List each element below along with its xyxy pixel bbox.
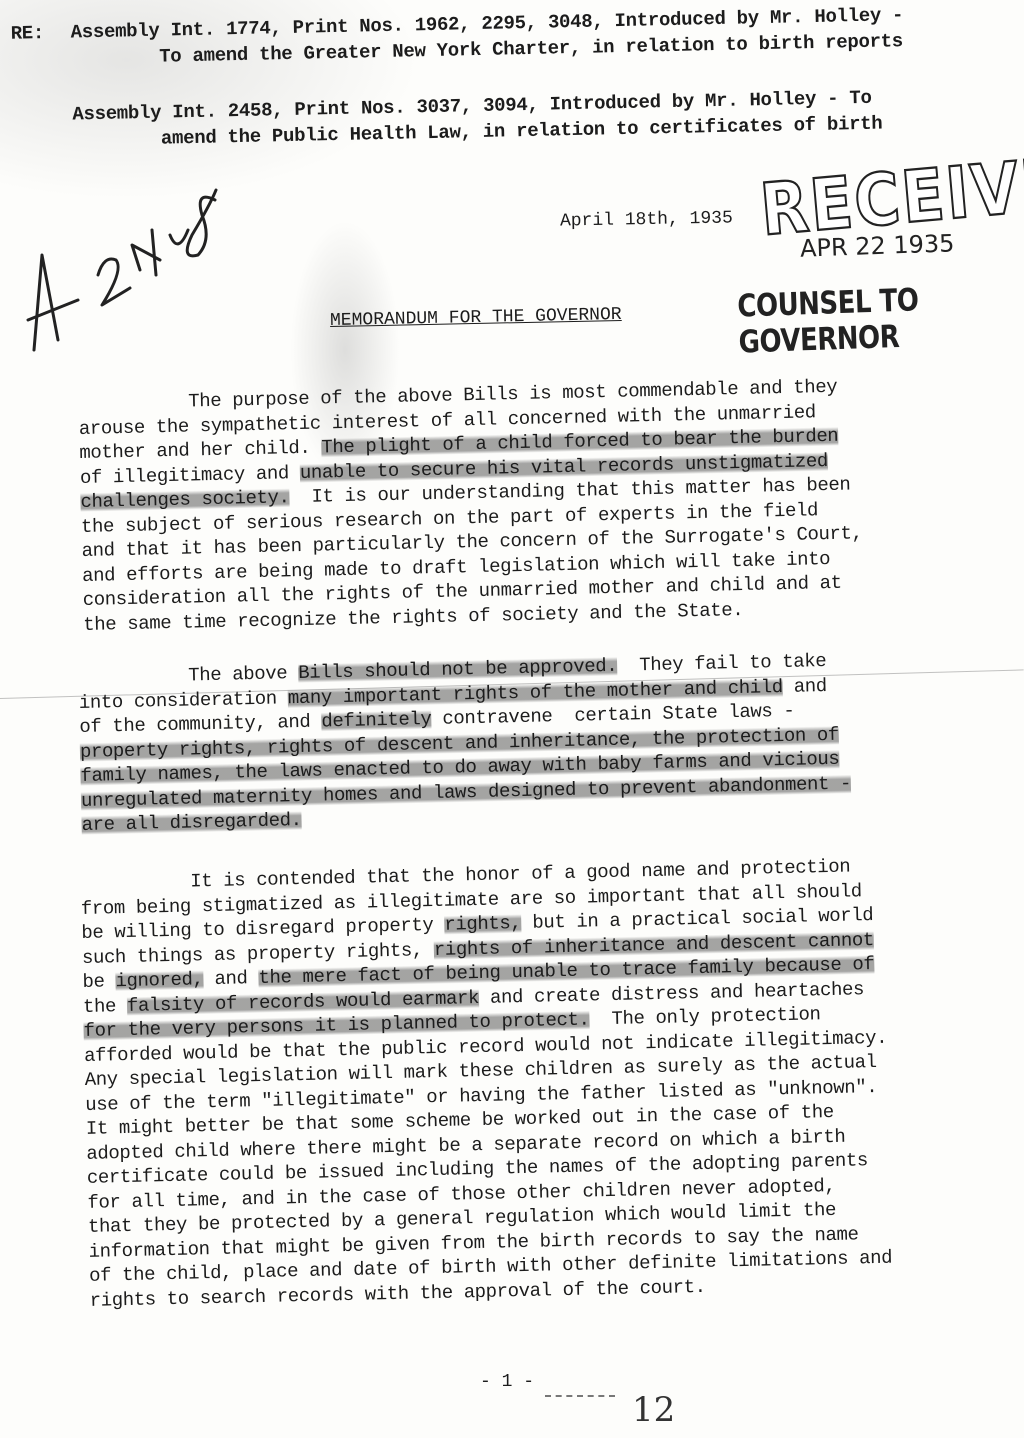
paragraph-3: It is contended that the honor of a good…: [80, 854, 893, 1313]
text-segment: and: [203, 967, 259, 990]
text-segment: mother and her child.: [79, 436, 321, 463]
subject-block: RE: Assembly Int. 1774, Print Nos. 1962,…: [0, 0, 1024, 160]
memo-date: April 18th, 1935: [560, 208, 733, 231]
text-segment: The only protection: [589, 1003, 820, 1030]
paragraph-2: The above Bills should not be approved. …: [78, 649, 852, 838]
text-segment: and: [783, 675, 828, 698]
folio-number: 12: [632, 1390, 675, 1430]
paragraph-1: The purpose of the above Bills is most c…: [78, 374, 864, 637]
highlighted-text: ignored,: [115, 968, 203, 992]
text-segment: They fail to take: [617, 650, 826, 677]
pencil-mark: [545, 1395, 615, 1397]
page-number: - 1 -: [480, 1372, 534, 1392]
text-segment: be: [82, 970, 116, 993]
received-stamp-office: COUNSEL TO GOVERNOR: [737, 279, 1024, 361]
re-label: RE:: [10, 21, 44, 46]
highlighted-text: are all disregarded.: [81, 809, 301, 836]
memo-title: MEMORANDUM FOR THE GOVERNOR: [330, 305, 622, 331]
text-segment: The above: [78, 662, 298, 689]
highlighted-text: rights,: [444, 912, 521, 936]
text-segment: the: [83, 994, 128, 1017]
text-segment: of illegitimacy and: [80, 461, 300, 488]
text-segment: into consideration: [79, 687, 288, 714]
text-segment: of the community, and: [79, 710, 321, 737]
highlighted-text: definitely: [321, 708, 432, 732]
memorandum-page: RE: Assembly Int. 1774, Print Nos. 1962,…: [0, 0, 1024, 1438]
handwritten-annotation: A 2458: [20, 160, 260, 360]
received-stamp-date: APR 22 1935: [800, 229, 955, 262]
highlighted-text: challenges society.: [80, 486, 289, 513]
